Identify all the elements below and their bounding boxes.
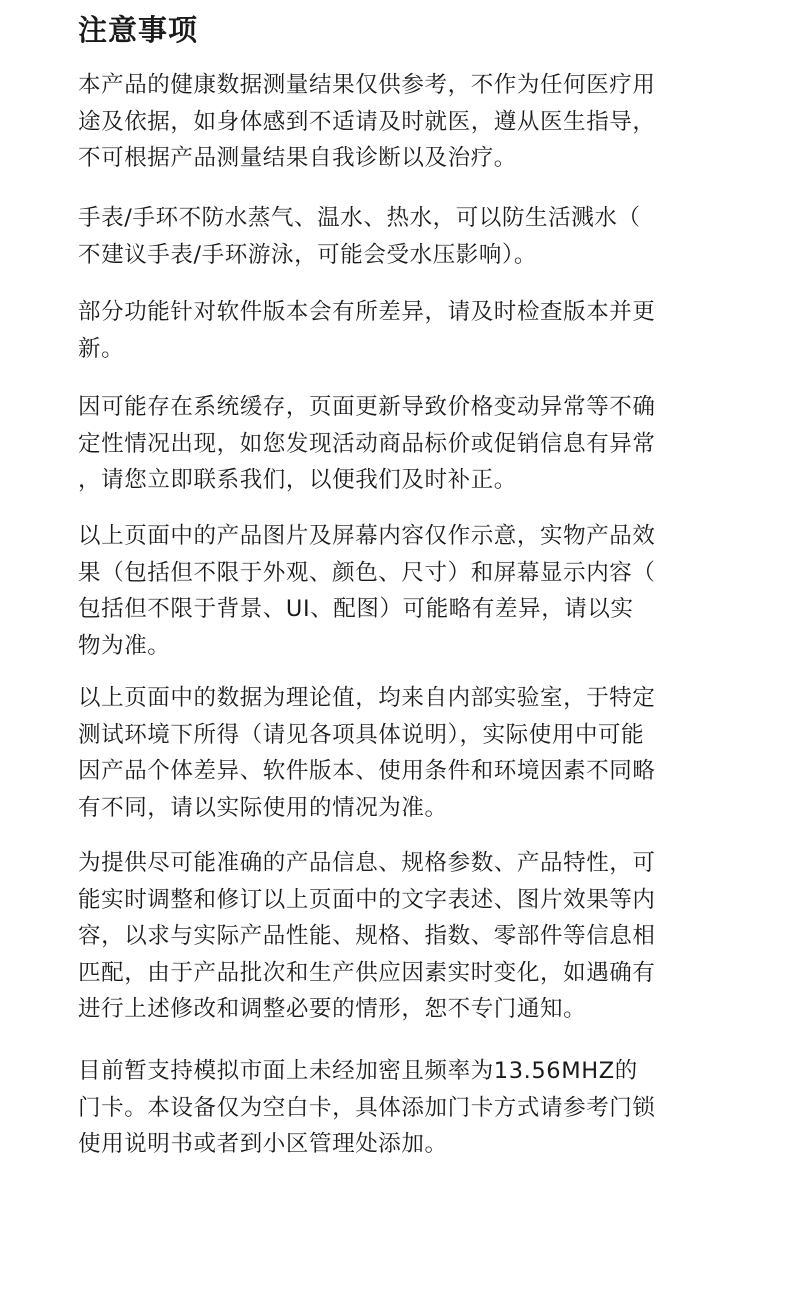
- paragraph-software-version: 部分功能针对软件版本会有所差异，请及时检查版本并更 新。: [78, 294, 718, 367]
- text-line: 物为准。: [78, 628, 718, 665]
- paragraph-door-card: 目前暂支持模拟市面上未经加密且频率为13.56MHZ的 门卡。本设备仅为空白卡，…: [78, 1053, 718, 1163]
- paragraph-info-revision: 为提供尽可能准确的产品信息、规格参数、产品特性，可 能实时调整和修订以上页面中的…: [78, 845, 718, 1028]
- paragraph-health-data: 本产品的健康数据测量结果仅供参考，不作为任何医疗用 途及依据，如身体感到不适请及…: [78, 67, 718, 177]
- text-line: 能实时调整和修订以上页面中的文字表述、图片效果等内: [78, 882, 718, 919]
- paragraph-price-cache: 因可能存在系统缓存，页面更新导致价格变动异常等不确 定性情况出现，如您发现活动商…: [78, 389, 718, 499]
- text-line: 手表/手环不防水蒸气、温水、热水，可以防生活溅水（: [78, 200, 718, 237]
- page-title: 注意事项: [78, 10, 198, 50]
- text-line: 门卡。本设备仅为空白卡，具体添加门卡方式请参考门锁: [78, 1090, 718, 1127]
- text-line: 不建议手表/手环游泳，可能会受水压影响）。: [78, 237, 718, 274]
- text-line: 不可根据产品测量结果自我诊断以及治疗。: [78, 140, 718, 177]
- text-line: 使用说明书或者到小区管理处添加。: [78, 1126, 718, 1163]
- text-line: 匹配，由于产品批次和生产供应因素实时变化，如遇确有: [78, 955, 718, 992]
- paragraph-theoretical-data: 以上页面中的数据为理论值，均来自内部实验室，于特定 测试环境下所得（请见各项具体…: [78, 680, 718, 826]
- text-line: ，请您立即联系我们，以便我们及时补正。: [78, 462, 718, 499]
- text-line: 为提供尽可能准确的产品信息、规格参数、产品特性，可: [78, 845, 718, 882]
- text-line: 果（包括但不限于外观、颜色、尺寸）和屏幕显示内容（: [78, 555, 718, 592]
- text-line: 因产品个体差异、软件版本、使用条件和环境因素不同略: [78, 753, 718, 790]
- text-line: 部分功能针对软件版本会有所差异，请及时检查版本并更: [78, 294, 718, 331]
- paragraph-product-images: 以上页面中的产品图片及屏幕内容仅作示意，实物产品效 果（包括但不限于外观、颜色、…: [78, 518, 718, 664]
- paragraph-waterproof: 手表/手环不防水蒸气、温水、热水，可以防生活溅水（ 不建议手表/手环游泳，可能会…: [78, 200, 718, 273]
- text-line: 测试环境下所得（请见各项具体说明），实际使用中可能: [78, 717, 718, 754]
- text-line: 以上页面中的产品图片及屏幕内容仅作示意，实物产品效: [78, 518, 718, 555]
- text-line: 新。: [78, 331, 718, 368]
- text-line: 以上页面中的数据为理论值，均来自内部实验室，于特定: [78, 680, 718, 717]
- text-line: 有不同，请以实际使用的情况为准。: [78, 790, 718, 827]
- text-line: 本产品的健康数据测量结果仅供参考，不作为任何医疗用: [78, 67, 718, 104]
- text-line: 因可能存在系统缓存，页面更新导致价格变动异常等不确: [78, 389, 718, 426]
- text-line: 容，以求与实际产品性能、规格、指数、零部件等信息相: [78, 918, 718, 955]
- text-line: 进行上述修改和调整必要的情形，恕不专门通知。: [78, 991, 718, 1028]
- text-line: 包括但不限于背景、UI、配图）可能略有差异，请以实: [78, 591, 718, 628]
- text-line: 途及依据，如身体感到不适请及时就医，遵从医生指导，: [78, 104, 718, 141]
- text-line: 目前暂支持模拟市面上未经加密且频率为13.56MHZ的: [78, 1053, 718, 1090]
- text-line: 定性情况出现，如您发现活动商品标价或促销信息有异常: [78, 426, 718, 463]
